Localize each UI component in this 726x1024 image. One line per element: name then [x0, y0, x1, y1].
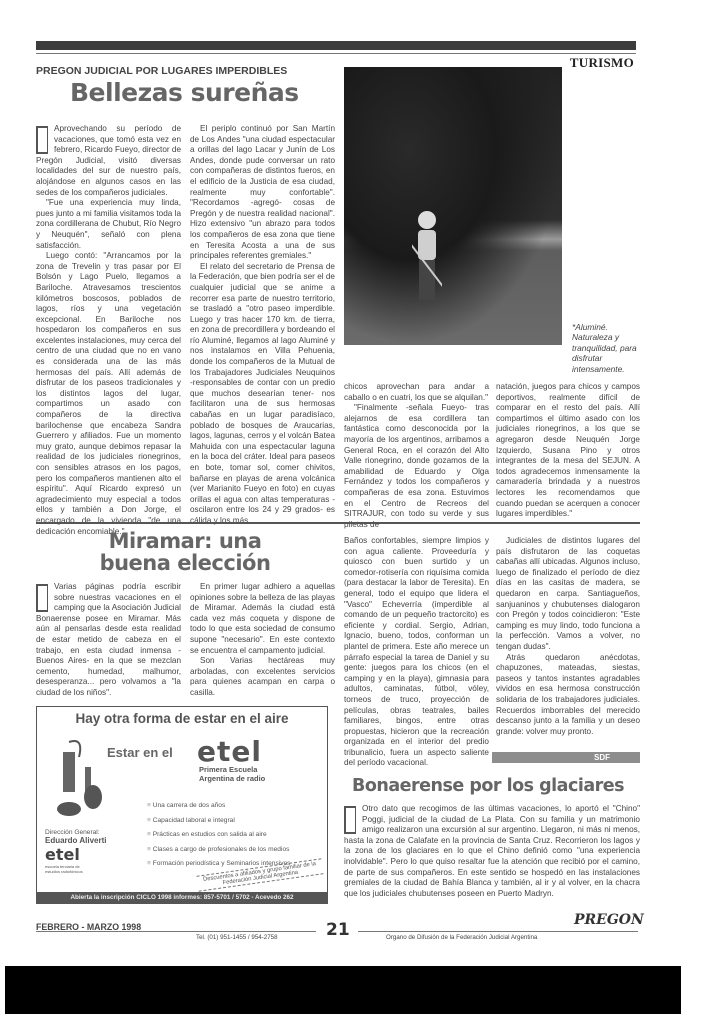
ad-director: Dirección General: Eduardo Aliverti	[45, 829, 107, 846]
footer-telephone: Tel. (01) 951-1455 / 954-2758	[196, 934, 278, 941]
article1-column-1: Aprovechando su período de vacaciones, q…	[36, 124, 181, 537]
etel-small-logo: etel	[45, 845, 80, 864]
ad-feature: Clases a cargo de profesionales de los m…	[147, 843, 290, 858]
paragraph: natación, juegos para chicos y campos de…	[496, 382, 640, 520]
paragraph: "Finalmente -señala Fueyo- tras alejarno…	[344, 403, 489, 530]
paragraph: El relato del secretario de Prensa de la…	[190, 262, 335, 527]
article1-column-3: chicos aprovechan para andar a caballo o…	[344, 382, 489, 530]
footer-organization: Organo de Difusión de la Federación Judi…	[386, 934, 537, 941]
child-figure-icon	[412, 208, 442, 318]
paragraph: Aprovechando su período de vacaciones, q…	[36, 124, 181, 197]
paragraph: En primer lugar adhiero a aquellas opini…	[190, 582, 335, 656]
photo-alumine	[344, 67, 562, 345]
top-rule-bar	[36, 41, 636, 50]
ad-feature: Capacidad laboral e integral	[147, 814, 290, 829]
etel-subtitle-line: Primera Escuela	[199, 765, 265, 774]
footer-rule-right	[358, 931, 638, 932]
ad-feature: Prácticas en estudios con salida al aire	[147, 828, 290, 843]
article2-column-2: En primer lugar adhiero a aquellas opini…	[190, 582, 335, 699]
photo-caption: *Aluminé. Naturaleza y tranquilidad, par…	[572, 322, 642, 374]
top-rule-line	[36, 53, 636, 54]
paragraph: chicos aprovechan para andar a caballo o…	[344, 382, 489, 403]
advertisement-etel[interactable]: Hay otra forma de estar en el aire Estar…	[36, 706, 328, 904]
ad-estar-text: Estar en el	[107, 745, 173, 760]
section-label: TURISMO	[570, 55, 634, 71]
footer-rule-left	[36, 931, 316, 932]
paragraph: Atrás quedaron anécdotas, chapuzones, ma…	[496, 653, 640, 738]
paragraph: Baños confortables, siempre limpios y co…	[344, 536, 489, 769]
paragraph: Varias páginas podría escribir sobre nue…	[36, 582, 181, 697]
section-divider	[36, 522, 640, 524]
ad-features-list: Una carrera de dos años Capacidad labora…	[147, 799, 290, 872]
ad-footer-bar: Abierta la inscripción CICLO 1998 inform…	[37, 892, 327, 903]
scan-black-bar	[5, 966, 681, 1014]
article-title-bellezas: Bellezas sureñas	[70, 78, 299, 107]
article2-column-1: Varias páginas podría escribir sobre nue…	[36, 582, 181, 699]
etel-subtitle-line: Argentina de radio	[199, 774, 265, 783]
article1-column-4: natación, juegos para chicos y campos de…	[496, 382, 640, 520]
paragraph: Otro dato que recogimos de las últimas v…	[344, 804, 640, 898]
paragraph: "Fue una experiencia muy linda, pues jun…	[36, 198, 181, 251]
etel-small-subtitle: escuela terciaria de estudios radiofónic…	[45, 865, 85, 874]
pregon-logo: PREGON	[574, 912, 644, 928]
dropcap-icon	[36, 126, 48, 154]
kicker: PREGON JUDICIAL POR LUGARES IMPERDIBLES	[36, 65, 287, 77]
etel-logo: etel	[197, 735, 262, 768]
paragraph: El periplo continuó por San Martín de Lo…	[190, 124, 335, 262]
article3-body: Otro dato que recogimos de las últimas v…	[344, 804, 640, 899]
paragraph: Luego contó: "Arrancamos por la zona de …	[36, 251, 181, 537]
article1-column-2: El periplo continuó por San Martín de Lo…	[190, 124, 335, 527]
ad-feature: Una carrera de dos años	[147, 799, 290, 814]
director-name: Eduardo Aliverti	[45, 836, 107, 845]
page-number: 21	[326, 920, 350, 940]
microphone-icon	[49, 737, 109, 822]
article2-column-4: Judiciales de distintos lugares del país…	[496, 536, 640, 737]
dropcap-icon	[344, 806, 356, 834]
signature-bar: SDF	[492, 752, 640, 763]
dropcap-icon	[36, 584, 48, 612]
ad-headline: Hay otra forma de estar en el aire	[37, 711, 327, 726]
etel-subtitle: Primera Escuela Argentina de radio	[199, 765, 265, 783]
article2-column-3: Baños confortables, siempre limpios y co…	[344, 536, 489, 769]
paragraph: Judiciales de distintos lugares del país…	[496, 536, 640, 653]
paragraph: Son Varias hectáreas muy arboladas, con …	[190, 656, 335, 698]
article-title-glaciares: Bonaerense por los glaciares	[352, 776, 624, 796]
article-title-miramar: Miramar: una buena elección	[70, 530, 300, 574]
